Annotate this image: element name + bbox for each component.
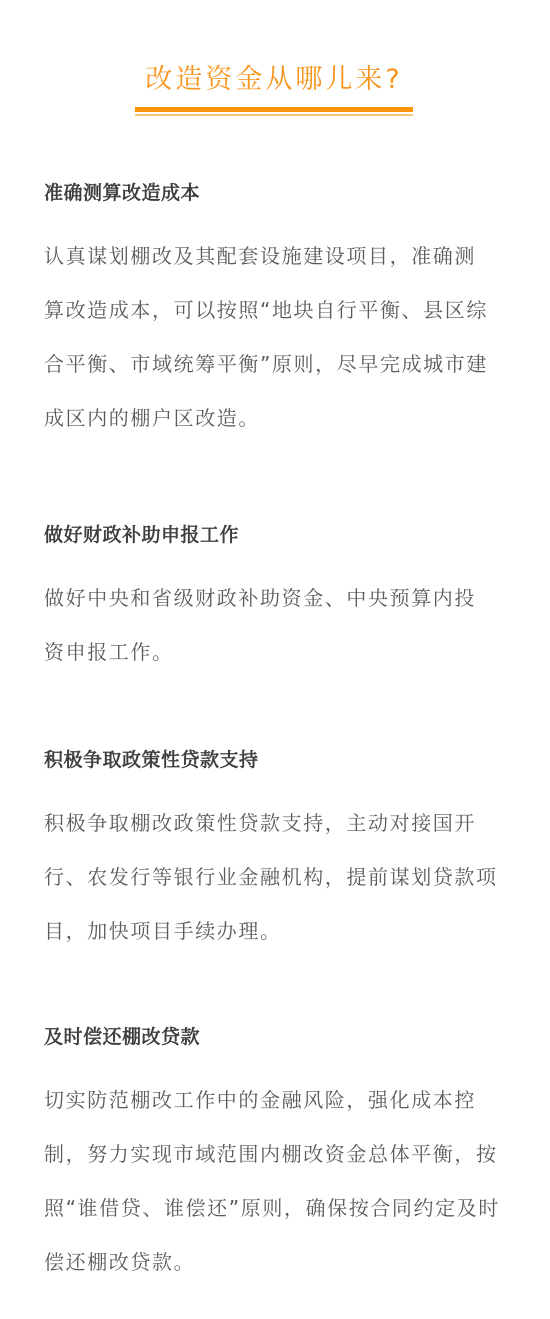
section-loan-repayment: 及时偿还棚改贷款 切实防范棚改工作中的金融风险，强化成本控 制，努力实现市域范围…: [44, 1023, 512, 1289]
section-heading: 准确测算改造成本: [44, 179, 512, 207]
body-line: 做好中央和省级财政补助资金、中央预算内投: [44, 571, 512, 625]
body-line: 行、农发行等银行业金融机构，提前谋划贷款项: [44, 850, 512, 904]
section-body: 认真谋划棚改及其配套设施建设项目，准确测 算改造成本，可以按照“地块自行平衡、县…: [44, 229, 512, 445]
body-line: 算改造成本，可以按照“地块自行平衡、县区综: [44, 283, 512, 337]
body-line: 制，努力实现市域范围内棚改资金总体平衡，按: [44, 1127, 512, 1181]
body-line: 切实防范棚改工作中的金融风险，强化成本控: [44, 1073, 512, 1127]
section-fiscal-subsidy: 做好财政补助申报工作 做好中央和省级财政补助资金、中央预算内投 资申报工作。: [44, 521, 512, 679]
title-underline-thick: [135, 107, 413, 112]
body-line: 合平衡、市域统筹平衡”原则，尽早完成城市建: [44, 337, 512, 391]
body-line: 偿还棚改贷款。: [44, 1235, 512, 1289]
body-line: 积极争取棚改政策性贷款支持，主动对接国开: [44, 796, 512, 850]
page-title: 改造资金从哪儿来?: [135, 60, 413, 100]
body-line: 成区内的棚户区改造。: [44, 391, 512, 445]
body-line: 目，加快项目手续办理。: [44, 904, 512, 958]
section-cost-calculation: 准确测算改造成本 认真谋划棚改及其配套设施建设项目，准确测 算改造成本，可以按照…: [44, 179, 512, 445]
title-underline-thin: [135, 114, 413, 116]
body-line: 照“谁借贷、谁偿还”原则，确保按合同约定及时: [44, 1181, 512, 1235]
section-policy-loans: 积极争取政策性贷款支持 积极争取棚改政策性贷款支持，主动对接国开 行、农发行等银…: [44, 746, 512, 958]
section-body: 切实防范棚改工作中的金融风险，强化成本控 制，努力实现市域范围内棚改资金总体平衡…: [44, 1073, 512, 1289]
section-heading: 及时偿还棚改贷款: [44, 1023, 512, 1051]
section-body: 做好中央和省级财政补助资金、中央预算内投 资申报工作。: [44, 571, 512, 679]
section-heading: 积极争取政策性贷款支持: [44, 746, 512, 774]
body-line: 资申报工作。: [44, 625, 512, 679]
section-body: 积极争取棚改政策性贷款支持，主动对接国开 行、农发行等银行业金融机构，提前谋划贷…: [44, 796, 512, 958]
section-heading: 做好财政补助申报工作: [44, 521, 512, 549]
title-block: 改造资金从哪儿来?: [135, 60, 413, 100]
body-line: 认真谋划棚改及其配套设施建设项目，准确测: [44, 229, 512, 283]
